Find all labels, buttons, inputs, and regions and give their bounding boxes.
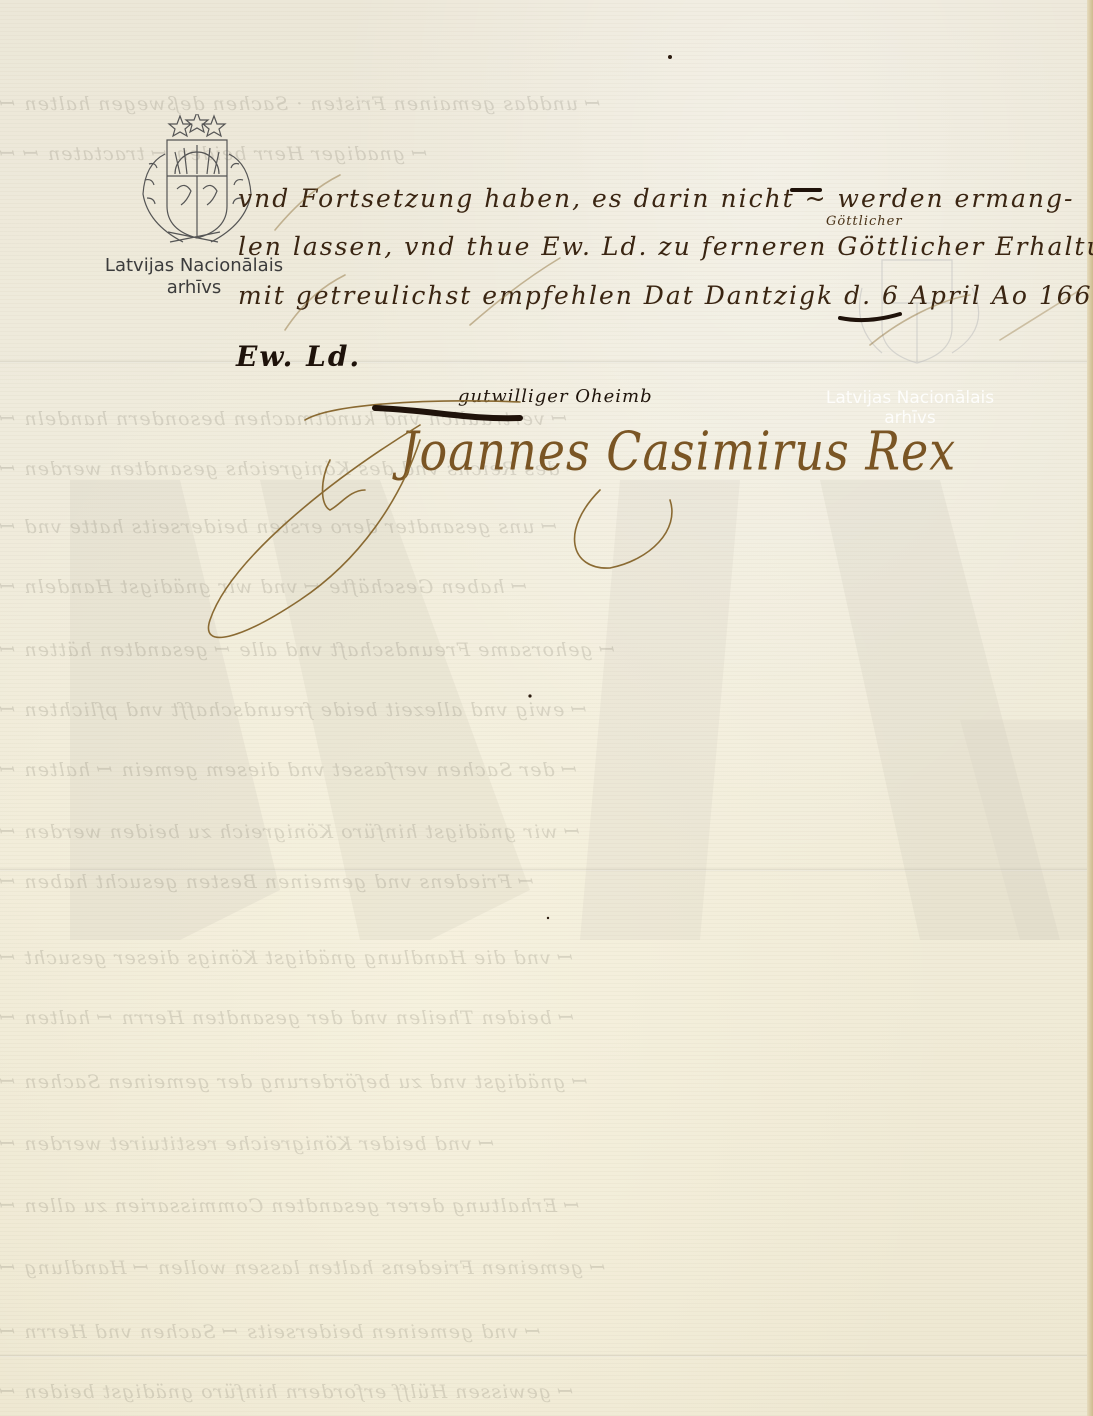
bleed-through-line: ꟷ vnd die Handlung gnädigst Königs diese… — [0, 944, 1093, 970]
bleed-through-line: ꟷ Friedens vnd gemeinen Besten gesucht h… — [0, 868, 1093, 894]
latvian-coat-of-arms-icon — [135, 114, 253, 249]
paper-fold-line — [0, 1354, 1093, 1357]
signature: Joannes Casimirus Rex — [400, 420, 956, 482]
bleed-through-line: ꟷ uns gesandter dero ersten beiderseits … — [0, 513, 1093, 539]
bleed-through-line: ꟷ der Sachen verfasset vnd diesem gemein… — [0, 756, 1093, 782]
interlinear-insertion: Göttlicher — [826, 214, 903, 229]
letter-line-2: len lassen, vnd thue Ew. Ld. zu ferneren… — [238, 232, 1093, 261]
bleed-through-line: ꟷ gewissen Hülff erfordern hinfüro gnädi… — [0, 1378, 1093, 1404]
bleed-through-line: ꟷ gehorsame Freundschaft vnd alle ꟷ gesa… — [0, 636, 1093, 662]
page-edge — [1087, 0, 1093, 1416]
bleed-through-line: ꟷ vnd beider Königreiche restituiret wer… — [0, 1130, 1093, 1156]
closing-phrase: gutwilliger Oheimb — [458, 386, 653, 407]
latvian-coat-of-arms-watermark-icon — [852, 258, 992, 368]
bleed-through-line: ꟷ vnd gemeinen beiderseits ꟷ Sachen vnd … — [0, 1318, 1093, 1344]
bleed-through-line: ꟷ Erhaltung derer gesandten Commissarien… — [0, 1192, 1093, 1218]
bleed-through-line: ꟷ wir gnädigst hinfüro Königreich zu bei… — [0, 818, 1093, 844]
bleed-through-line: ꟷ haben Geschäfte ꟷ vnd wir gnädigst Han… — [0, 573, 1093, 599]
bleed-through-line: ꟷ gemeinen Friedens halten lassen wollen… — [0, 1254, 1093, 1280]
archive-watermark-text: Latvijas Nacionālais arhīvs — [800, 388, 1020, 428]
bleed-through-line: ꟷ beiden Theilen vnd der gesandten Herrn… — [0, 1004, 1093, 1030]
document-page: ꟷ unddas gemainen Fristen · Sachen deßwe… — [0, 0, 1093, 1416]
salutation: Ew. Ld. — [236, 340, 361, 373]
bleed-through-line: ꟷ unddas gemainen Fristen · Sachen deßwe… — [0, 90, 1093, 116]
paper-fold-line — [0, 868, 1093, 871]
watermark-line2: arhīvs — [800, 408, 1020, 428]
watermark-line1: Latvijas Nacionālais — [800, 388, 1020, 408]
letter-line-1: vnd Fortsetzung haben, es darin nicht ~ … — [238, 184, 1074, 213]
letter-line-3: mit getreulichst empfehlen Dat Dantzigk … — [238, 281, 1093, 310]
bleed-through-line: ꟷ gnädigst vnd zu beförderung der gemein… — [0, 1068, 1093, 1094]
bleed-through-line: ꟷ ewig vnd allezeit beide freundschafft … — [0, 696, 1093, 722]
